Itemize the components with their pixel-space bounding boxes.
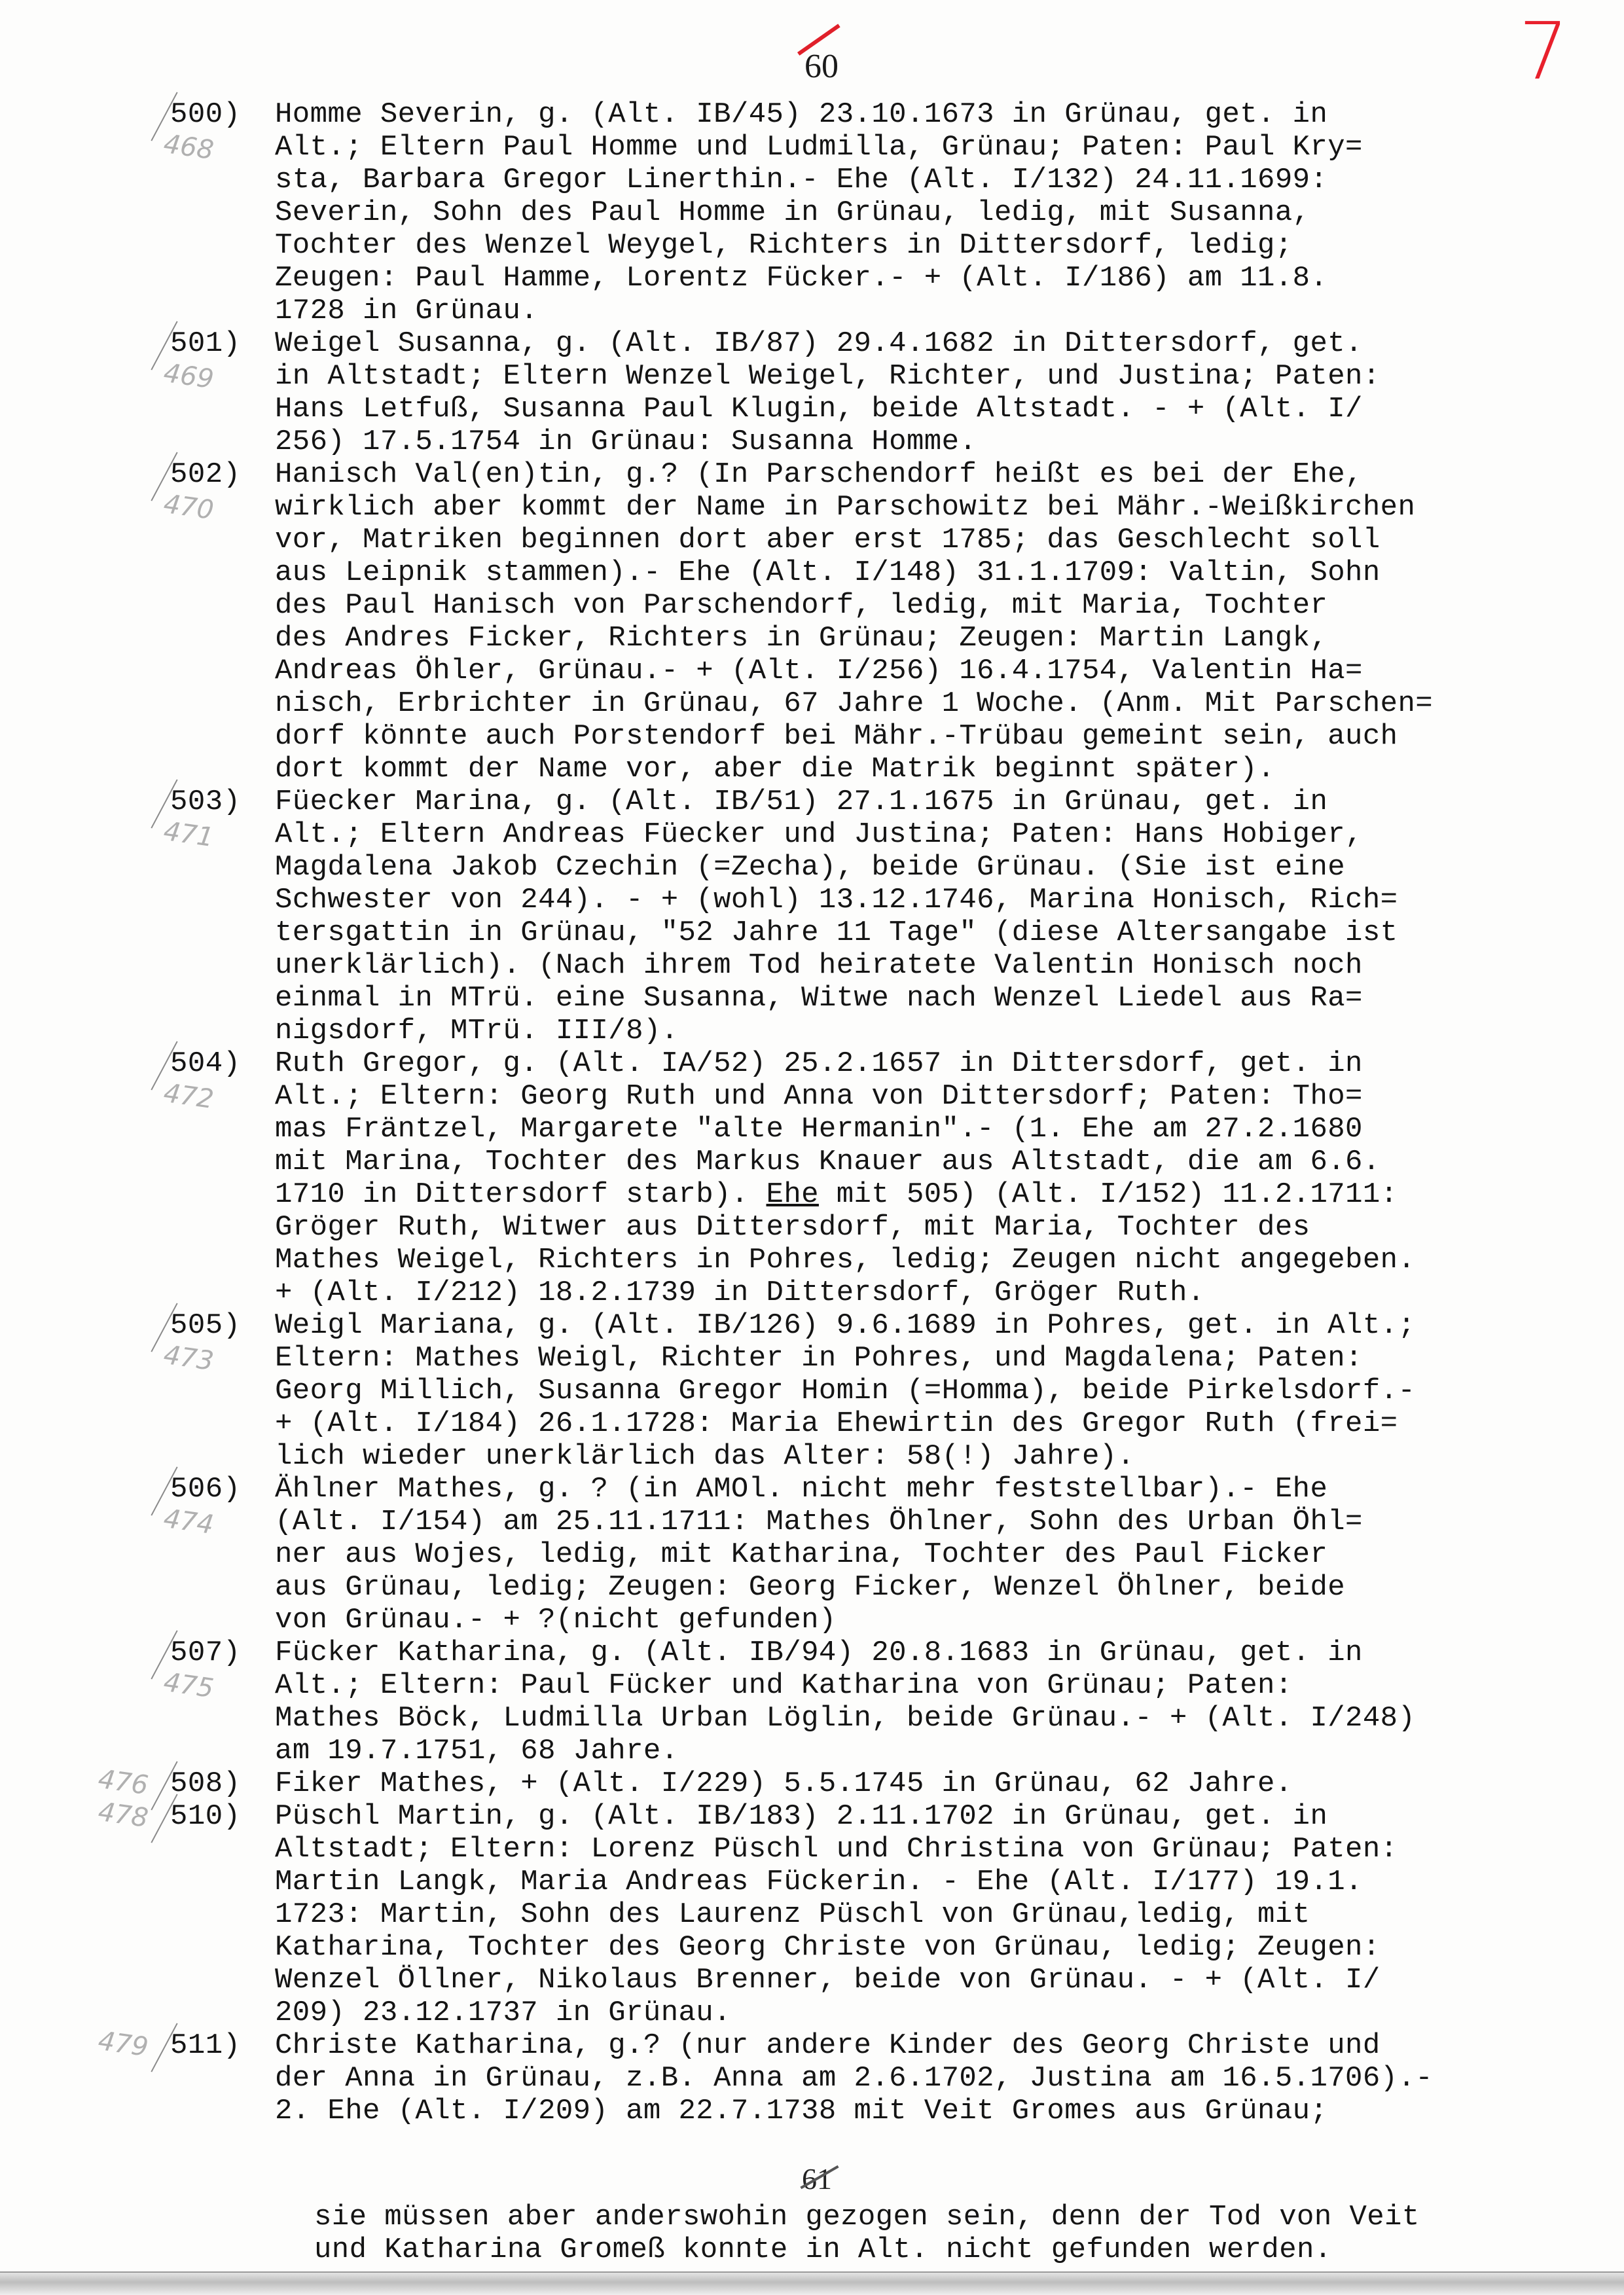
underlined-word: Ehe (767, 1178, 819, 1211)
entry-number: 506) (170, 1473, 275, 1506)
crossed-page-number-bottom: 61 (802, 2161, 832, 2196)
text-line: sta, Barbara Gregor Linerthin.- Ehe (Alt… (275, 164, 1591, 196)
continuation-text: sie müssen aber anderswohin gezogen sein… (314, 2201, 1591, 2266)
entry: 507)475Fücker Katharina, g. (Alt. IB/94)… (0, 1636, 1624, 1767)
text-line: dorf könnte auch Porstendorf bei Mähr.-T… (275, 720, 1591, 753)
text-line: Altstadt; Eltern: Lorenz Püschl und Chri… (275, 1833, 1591, 1866)
text-line: + (Alt. I/212) 18.2.1739 in Dittersdorf,… (275, 1276, 1591, 1309)
text-line: vor, Matriken beginnen dort aber erst 17… (275, 524, 1591, 556)
pencil-margin-note: 472 (162, 1078, 215, 1115)
pencil-margin-note: 476 (96, 1764, 150, 1801)
text-line: 2. Ehe (Alt. I/209) am 22.7.1738 mit Vei… (275, 2095, 1591, 2127)
text-line: Andreas Öhler, Grünau.- + (Alt. I/256) 1… (275, 655, 1591, 687)
pencil-margin-note: 470 (162, 489, 215, 526)
text-line: 1723: Martin, Sohn des Laurenz Püschl vo… (275, 1898, 1591, 1931)
entry: 502)470Hanisch Val(en)tin, g.? (In Parsc… (0, 458, 1624, 786)
entry: 505)473Weigl Mariana, g. (Alt. IB/126) 9… (0, 1309, 1624, 1473)
text-line: aus Grünau, ledig; Zeugen: Georg Ficker,… (275, 1571, 1591, 1604)
pencil-margin-note: 473 (162, 1340, 215, 1377)
text-line: ner aus Wojes, ledig, mit Katharina, Toc… (275, 1538, 1591, 1571)
genealogy-entries: 500)468Homme Severin, g. (Alt. IB/45) 23… (0, 98, 1624, 2127)
text-line: mas Fräntzel, Margarete "alte Hermanin".… (275, 1113, 1591, 1146)
pencil-margin-note: 478 (96, 1797, 150, 1834)
text-line: Katharina, Tochter des Georg Christe von… (275, 1931, 1591, 1964)
text-line: 1728 in Grünau. (275, 295, 1591, 327)
text-line: Zeugen: Paul Hamme, Lorentz Fücker.- + (… (275, 262, 1591, 295)
text-line: Schwester von 244). - + (wohl) 13.12.174… (275, 884, 1591, 916)
entry: 500)468Homme Severin, g. (Alt. IB/45) 23… (0, 98, 1624, 327)
entry: 501)469Weigel Susanna, g. (Alt. IB/87) 2… (0, 327, 1624, 458)
entry-number: 505) (170, 1309, 275, 1342)
entry-number: 501) (170, 327, 275, 360)
pencil-margin-note: 475 (162, 1667, 215, 1704)
entry-number: 500) (170, 98, 275, 131)
entry-number: 504) (170, 1047, 275, 1080)
text-line: Ruth Gregor, g. (Alt. IA/52) 25.2.1657 i… (275, 1047, 1591, 1080)
entry: 508)476Fiker Mathes, + (Alt. I/229) 5.5.… (0, 1767, 1624, 1800)
entry-number: 503) (170, 786, 275, 818)
text-line: des Paul Hanisch von Parschendorf, ledig… (275, 589, 1591, 622)
pencil-margin-note: 468 (162, 129, 215, 166)
text-line: in Altstadt; Eltern Wenzel Weigel, Richt… (275, 360, 1591, 393)
text-line: Alt.; Eltern: Paul Fücker und Katharina … (275, 1669, 1591, 1702)
text-line: (Alt. I/154) am 25.11.1711: Mathes Öhlne… (275, 1506, 1591, 1538)
text-line: Fücker Katharina, g. (Alt. IB/94) 20.8.1… (275, 1636, 1591, 1669)
text-line: aus Leipnik stammen).- Ehe (Alt. I/148) … (275, 556, 1591, 589)
text-line: lich wieder unerklärlich das Alter: 58(!… (275, 1440, 1591, 1473)
text-line: Hans Letfuß, Susanna Paul Klugin, beide … (275, 393, 1591, 425)
pencil-margin-note: 471 (162, 816, 215, 853)
text-line: Eltern: Mathes Weigl, Richter in Pohres,… (275, 1342, 1591, 1375)
text-line: sie müssen aber anderswohin gezogen sein… (314, 2201, 1591, 2233)
text-line: Weigl Mariana, g. (Alt. IB/126) 9.6.1689… (275, 1309, 1591, 1342)
text-line: 209) 23.12.1737 in Grünau. (275, 1997, 1591, 2029)
pencil-margin-note: 474 (162, 1504, 215, 1540)
text-line: nisch, Erbrichter in Grünau, 67 Jahre 1 … (275, 687, 1591, 720)
text-line: und Katharina Gromeß konnte in Alt. nich… (314, 2233, 1591, 2266)
red-corner-page-number: 7 (1519, 7, 1568, 98)
text-line: Homme Severin, g. (Alt. IB/45) 23.10.167… (275, 98, 1591, 131)
text-line: Christe Katharina, g.? (nur andere Kinde… (275, 2029, 1591, 2062)
text-line: einmal in MTrü. eine Susanna, Witwe nach… (275, 982, 1591, 1015)
text-line: Magdalena Jakob Czechin (=Zecha), beide … (275, 851, 1591, 884)
text-line: Alt.; Eltern Andreas Füecker und Justina… (275, 818, 1591, 851)
paper-edge (0, 2271, 1624, 2295)
entry-number: 502) (170, 458, 275, 491)
text-line: dort kommt der Name vor, aber die Matrik… (275, 753, 1591, 786)
text-line: unerklärlich). (Nach ihrem Tod heiratete… (275, 949, 1591, 982)
text-line: Füecker Marina, g. (Alt. IB/51) 27.1.167… (275, 786, 1591, 818)
text-line: Alt.; Eltern: Georg Ruth und Anna von Di… (275, 1080, 1591, 1113)
entry: 504)472Ruth Gregor, g. (Alt. IA/52) 25.2… (0, 1047, 1624, 1309)
text-line: nigsdorf, MTrü. III/8). (275, 1015, 1591, 1047)
pencil-check-mark (151, 2023, 177, 2072)
text-line: von Grünau.- + ?(nicht gefunden) (275, 1604, 1591, 1636)
pencil-margin-note: 469 (162, 358, 215, 395)
text-line: Fiker Mathes, + (Alt. I/229) 5.5.1745 in… (275, 1767, 1591, 1800)
text-line: Weigel Susanna, g. (Alt. IB/87) 29.4.168… (275, 327, 1591, 360)
text-line: Tochter des Wenzel Weygel, Richters in D… (275, 229, 1591, 262)
text-line: Püschl Martin, g. (Alt. IB/183) 2.11.170… (275, 1800, 1591, 1833)
text-line: 256) 17.5.1754 in Grünau: Susanna Homme. (275, 425, 1591, 458)
text-line: Gröger Ruth, Witwer aus Dittersdorf, mit… (275, 1211, 1591, 1244)
entry: 506)474Ählner Mathes, g. ? (in AMOl. nic… (0, 1473, 1624, 1636)
entry: 503)471Füecker Marina, g. (Alt. IB/51) 2… (0, 786, 1624, 1047)
text-line: Ählner Mathes, g. ? (in AMOl. nicht mehr… (275, 1473, 1591, 1506)
text-line: der Anna in Grünau, z.B. Anna am 2.6.170… (275, 2062, 1591, 2095)
entry: 511)479Christe Katharina, g.? (nur ander… (0, 2029, 1624, 2127)
entry: 510)478Püschl Martin, g. (Alt. IB/183) 2… (0, 1800, 1624, 2029)
text-line: Mathes Weigel, Richters in Pohres, ledig… (275, 1244, 1591, 1276)
text-line: 1710 in Dittersdorf starb). Ehe mit 505)… (275, 1178, 1591, 1211)
text-line: Severin, Sohn des Paul Homme in Grünau, … (275, 196, 1591, 229)
text-line: Martin Langk, Maria Andreas Fückerin. - … (275, 1866, 1591, 1898)
entry-number: 507) (170, 1636, 275, 1669)
text-line: wirklich aber kommt der Name in Parschow… (275, 491, 1591, 524)
text-line: des Andres Ficker, Richters in Grünau; Z… (275, 622, 1591, 655)
text-line: Mathes Böck, Ludmilla Urban Löglin, beid… (275, 1702, 1591, 1735)
text-line: + (Alt. I/184) 26.1.1728: Maria Ehewirti… (275, 1407, 1591, 1440)
text-line: Hanisch Val(en)tin, g.? (In Parschendorf… (275, 458, 1591, 491)
text-line: am 19.7.1751, 68 Jahre. (275, 1735, 1591, 1767)
text-line: Georg Millich, Susanna Gregor Homin (=Ho… (275, 1375, 1591, 1407)
crossed-page-number-top: 60 (785, 47, 857, 86)
text-line: mit Marina, Tochter des Markus Knauer au… (275, 1146, 1591, 1178)
pencil-margin-note: 479 (96, 2026, 150, 2063)
text-line: tersgattin in Grünau, "52 Jahre 11 Tage"… (275, 916, 1591, 949)
entry-number: 511) (170, 2029, 275, 2062)
text-line: Alt.; Eltern Paul Homme und Ludmilla, Gr… (275, 131, 1591, 164)
entry-number: 508) (170, 1767, 275, 1800)
text-line: Wenzel Öllner, Nikolaus Brenner, beide v… (275, 1964, 1591, 1997)
pencil-check-mark (151, 1794, 177, 1843)
entry-number: 510) (170, 1800, 275, 1833)
